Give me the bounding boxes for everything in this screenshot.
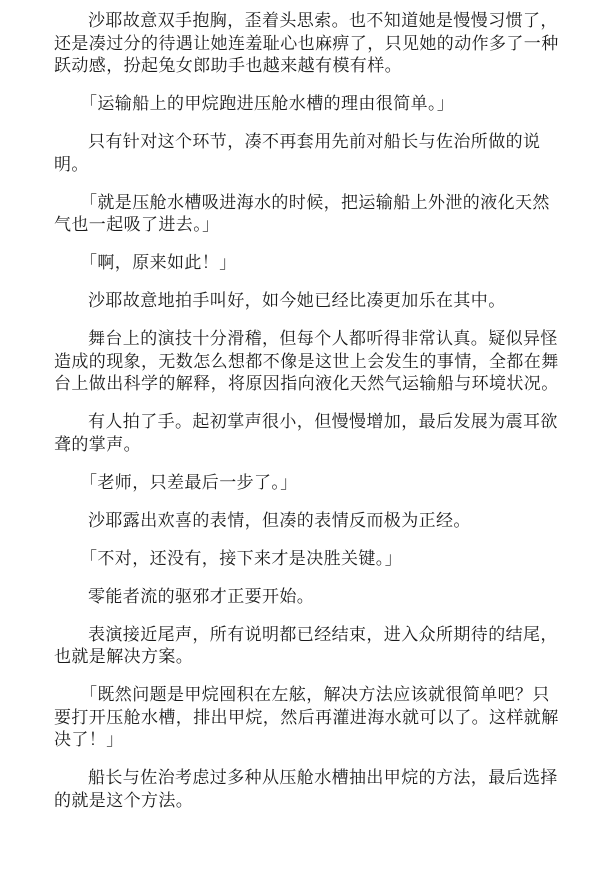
dialogue-paragraph: 「既然问题是甲烷囤积在左舷，解决方法应该就很简单吧？只 要打开压舱水槽，排出甲烷… (54, 684, 554, 752)
paragraph: 船长与佐治考虑过多种从压舱水槽抽出甲烷的方法，最后选择 的就是这个方法。 (54, 767, 554, 812)
paragraph: 只有针对这个环节，凑不再套用先前对船长与佐治所做的说 明。 (54, 131, 554, 176)
text-line: 要打开压舱水槽，排出甲烷，然后再灌进海水就可以了。这样就解 (54, 707, 554, 730)
paragraph: 有人拍了手。起初掌声很小，但慢慢增加，最后发展为震耳欲 聋的掌声。 (54, 411, 554, 456)
text-line: 跃动感，扮起兔女郎助手也越来越有模有样。 (54, 55, 554, 78)
text-line: 只有针对这个环节，凑不再套用先前对船长与佐治所做的说 (54, 131, 554, 154)
dialogue-paragraph: 「啊，原来如此！」 (54, 252, 554, 275)
text-line: 有人拍了手。起初掌声很小，但慢慢增加，最后发展为震耳欲 (54, 411, 554, 434)
text-line: 沙耶故意地拍手叫好，如今她已经比凑更加乐在其中。 (54, 290, 554, 313)
text-line: 明。 (54, 154, 554, 177)
text-line: 的就是这个方法。 (54, 790, 554, 813)
text-line: 沙耶露出欢喜的表情，但凑的表情反而极为正经。 (54, 510, 554, 533)
text-line: 「不对，还没有，接下来才是决胜关键。」 (54, 548, 554, 571)
text-line: 「老师，只差最后一步了。」 (54, 472, 554, 495)
text-line: 「啊，原来如此！」 (54, 252, 554, 275)
dialogue-paragraph: 「就是压舱水槽吸进海水的时候，把运输船上外泄的液化天然 气也一起吸了进去。」 (54, 192, 554, 237)
paragraph: 舞台上的演技十分滑稽，但每个人都听得非常认真。疑似异怪 造成的现象，无数怎么想都… (54, 328, 554, 396)
text-line: 还是凑过分的待遇让她连羞耻心也麻痹了，只见她的动作多了一种 (54, 33, 554, 56)
text-line: 「运输船上的甲烷跑进压舱水槽的理由很简单。」 (54, 93, 554, 116)
text-line: 表演接近尾声，所有说明都已经结束，进入众所期待的结尾， (54, 624, 554, 647)
text-line: 也就是解决方案。 (54, 646, 554, 669)
document-page: 沙耶故意双手抱胸，歪着头思索。也不知道她是慢慢习惯了， 还是凑过分的待遇让她连羞… (54, 10, 554, 828)
paragraph: 沙耶故意地拍手叫好，如今她已经比凑更加乐在其中。 (54, 290, 554, 313)
text-line: 沙耶故意双手抱胸，歪着头思索。也不知道她是慢慢习惯了， (54, 10, 554, 33)
paragraph: 沙耶故意双手抱胸，歪着头思索。也不知道她是慢慢习惯了， 还是凑过分的待遇让她连羞… (54, 10, 554, 78)
text-line: 零能者流的驱邪才正要开始。 (54, 586, 554, 609)
text-line: 舞台上的演技十分滑稽，但每个人都听得非常认真。疑似异怪 (54, 328, 554, 351)
text-line: 气也一起吸了进去。」 (54, 214, 554, 237)
dialogue-paragraph: 「不对，还没有，接下来才是决胜关键。」 (54, 548, 554, 571)
text-line: 台上做出科学的解释，将原因指向液化天然气运输船与环境状况。 (54, 373, 554, 396)
dialogue-paragraph: 「运输船上的甲烷跑进压舱水槽的理由很简单。」 (54, 93, 554, 116)
text-line: 「就是压舱水槽吸进海水的时候，把运输船上外泄的液化天然 (54, 192, 554, 215)
text-line: 决了！」 (54, 729, 554, 752)
paragraph: 沙耶露出欢喜的表情，但凑的表情反而极为正经。 (54, 510, 554, 533)
text-line: 船长与佐治考虑过多种从压舱水槽抽出甲烷的方法，最后选择 (54, 767, 554, 790)
paragraph: 零能者流的驱邪才正要开始。 (54, 586, 554, 609)
paragraph: 表演接近尾声，所有说明都已经结束，进入众所期待的结尾， 也就是解决方案。 (54, 624, 554, 669)
text-line: 「既然问题是甲烷囤积在左舷，解决方法应该就很简单吧？只 (54, 684, 554, 707)
text-line: 造成的现象，无数怎么想都不像是这世上会发生的事情，全都在舞 (54, 351, 554, 374)
dialogue-paragraph: 「老师，只差最后一步了。」 (54, 472, 554, 495)
text-line: 聋的掌声。 (54, 434, 554, 457)
